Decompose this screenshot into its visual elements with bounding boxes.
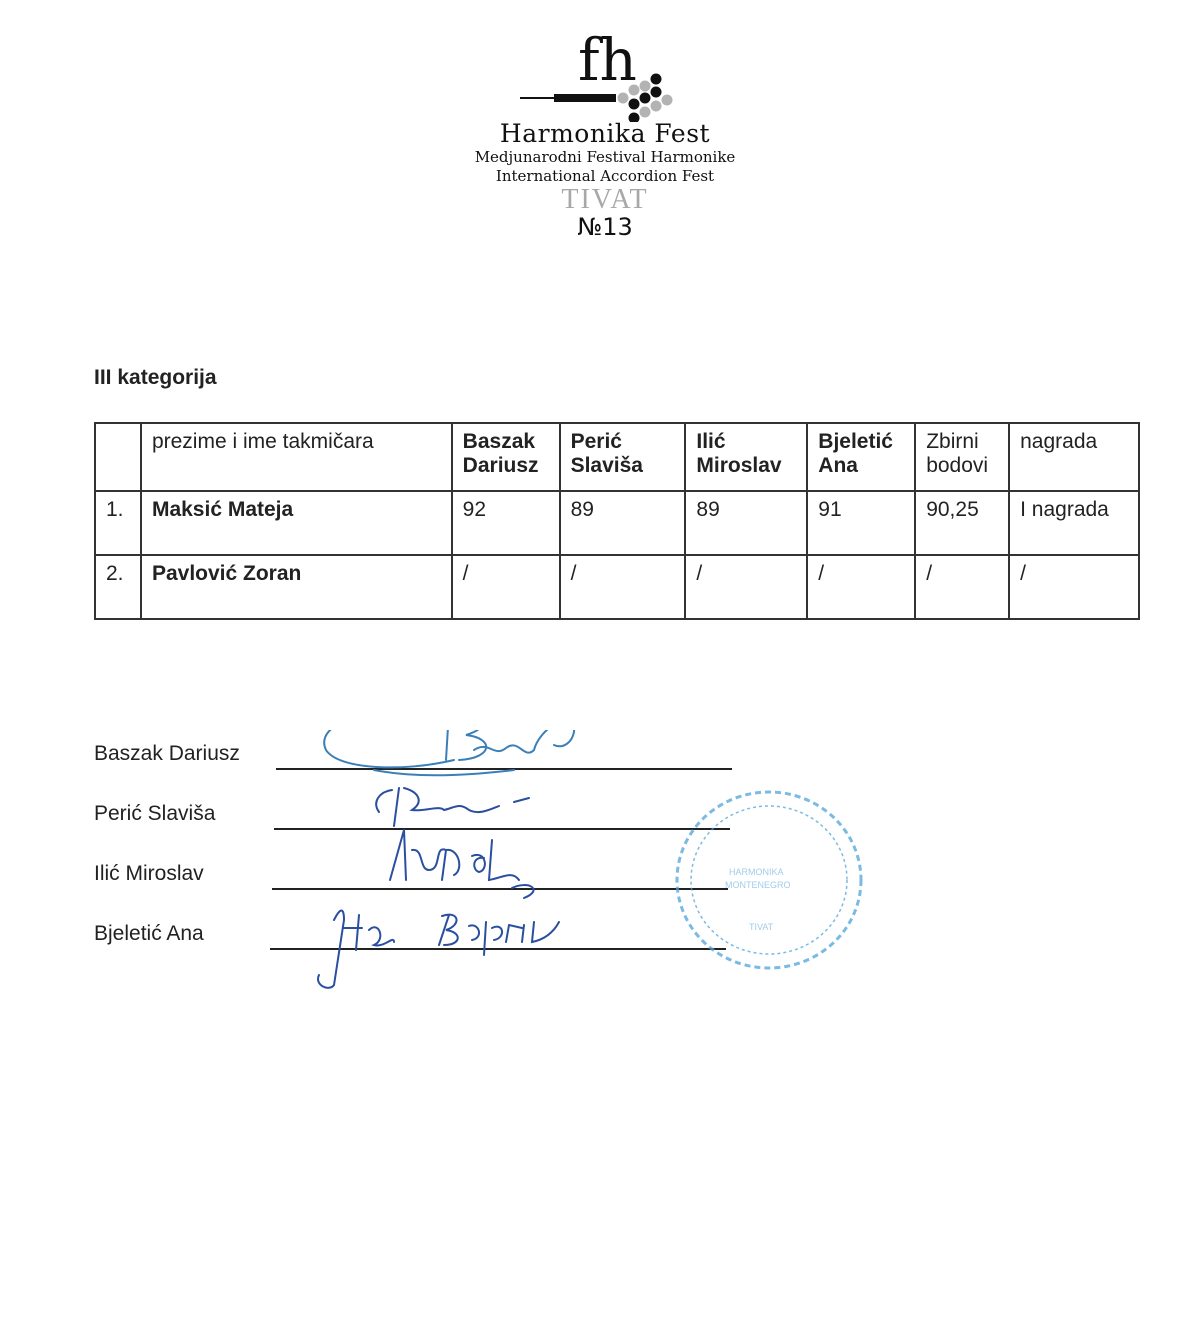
header-competitor: prezime i ime takmičara <box>141 423 452 491</box>
category-heading: III kategorija <box>94 366 217 390</box>
signature-block: Baszak Dariusz Perić Slaviša Ilić Mirosl… <box>94 730 894 1030</box>
svg-text:TIVAT: TIVAT <box>749 922 774 932</box>
festival-subtitle-local: Medjunarodni Festival Harmonike <box>440 148 770 167</box>
score-peric: 89 <box>560 491 686 555</box>
table-header-row: prezime i ime takmičara BaszakDariusz Pe… <box>95 423 1139 491</box>
header-judge-bjeletic: BjeletićAna <box>807 423 915 491</box>
header-judge-baszak: BaszakDariusz <box>452 423 560 491</box>
score-baszak: 92 <box>452 491 560 555</box>
svg-text:HARMONIKA: HARMONIKA <box>729 867 784 877</box>
score-total: 90,25 <box>915 491 1009 555</box>
score-ilic: 89 <box>685 491 807 555</box>
score-ilic: / <box>685 555 807 619</box>
svg-text:fh: fh <box>578 30 637 94</box>
header-competitor-label: prezime i ime takmičara <box>152 430 374 453</box>
header-total: Zbirnibodovi <box>915 423 1009 491</box>
header-label-line2: Ana <box>818 454 858 477</box>
header-label-line2: bodovi <box>926 454 988 477</box>
header-label-line2: Miroslav <box>696 454 781 477</box>
festival-title: Harmonika Fest <box>440 120 770 148</box>
table-row: 1. Maksić Mateja 92 89 89 91 90,25 I nag… <box>95 491 1139 555</box>
header-label-line1: Ilić <box>696 430 725 453</box>
header-award: nagrada <box>1009 423 1139 491</box>
header-label-line1: Zbirni <box>926 430 979 453</box>
official-stamp-icon: HARMONIKA MONTENEGRO TIVAT <box>669 785 869 975</box>
header-label-line1: Baszak <box>463 430 535 453</box>
award: / <box>1009 555 1139 619</box>
score-peric: / <box>560 555 686 619</box>
score-total: / <box>915 555 1009 619</box>
results-table: prezime i ime takmičara BaszakDariusz Pe… <box>94 422 1140 620</box>
festival-edition: №13 <box>440 214 770 240</box>
award: I nagrada <box>1009 491 1139 555</box>
competitor-name: Maksić Mateja <box>141 491 452 555</box>
header-judge-ilic: IlićMiroslav <box>685 423 807 491</box>
competitor-name: Pavlović Zoran <box>141 555 452 619</box>
accordion-logo-icon: fh <box>520 30 690 122</box>
header-label-line1: Perić <box>571 430 622 453</box>
header-label-line2: Slaviša <box>571 454 643 477</box>
table-row: 2. Pavlović Zoran / / / / / / <box>95 555 1139 619</box>
header-number <box>95 423 141 491</box>
header-label-line1: Bjeletić <box>818 430 893 453</box>
festival-city: TIVAT <box>440 186 770 214</box>
row-number: 1. <box>95 491 141 555</box>
score-baszak: / <box>452 555 560 619</box>
score-bjeletic: / <box>807 555 915 619</box>
festival-logo: fh Harmonika Fest Medjunarodni Festival … <box>440 30 770 240</box>
score-bjeletic: 91 <box>807 491 915 555</box>
header-judge-peric: PerićSlaviša <box>560 423 686 491</box>
header-label-line2: Dariusz <box>463 454 539 477</box>
header-label-line1: nagrada <box>1020 430 1097 453</box>
row-number: 2. <box>95 555 141 619</box>
svg-text:MONTENEGRO: MONTENEGRO <box>725 880 791 890</box>
